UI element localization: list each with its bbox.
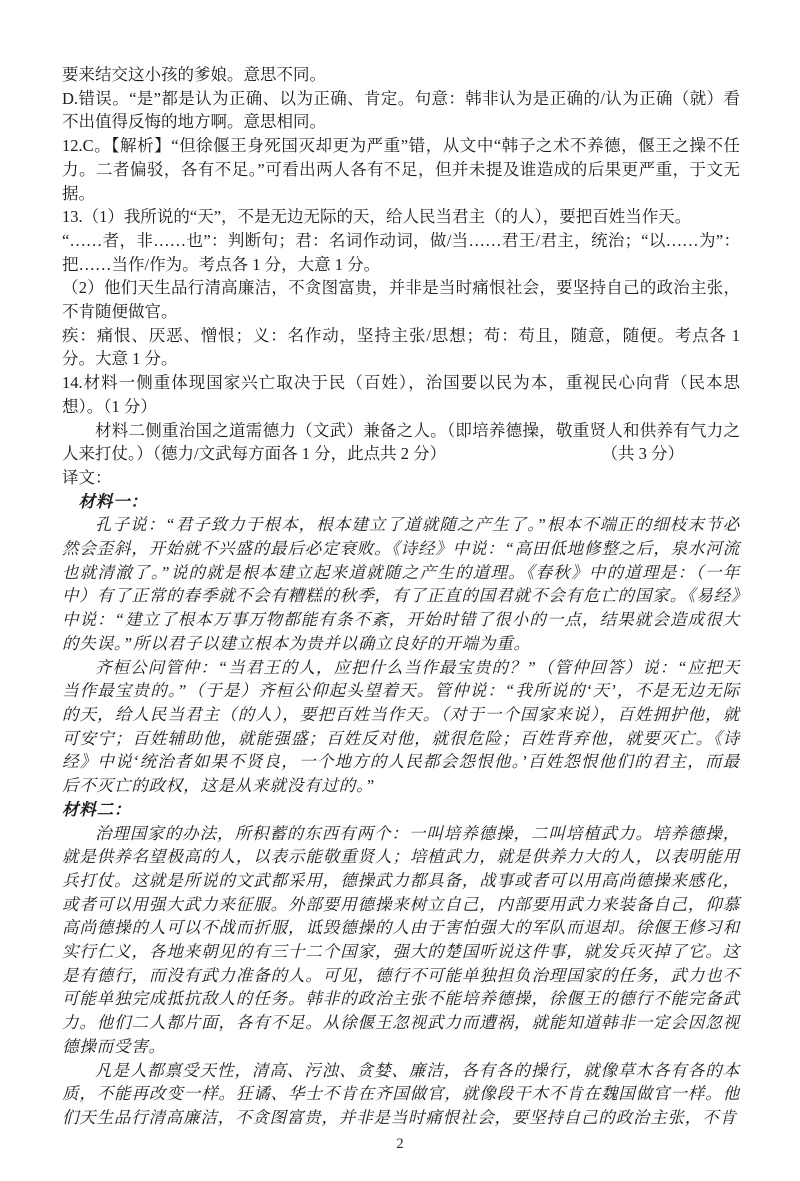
answer-paragraph: 要来结交这小孩的爹娘。意思不同。 xyxy=(62,63,740,87)
answer-paragraph: D.错误。“是”都是认为正确、以为正确、肯定。句意：韩非认为是正确的/认为正确（… xyxy=(62,87,740,134)
document-page: 要来结交这小孩的爹娘。意思不同。 D.错误。“是”都是认为正确、以为正确、肯定。… xyxy=(0,0,800,1181)
answer-paragraph: 13.（1）我所说的“天”，不是无边无际的天，给人民当君主（的人），要把百姓当作… xyxy=(62,205,740,229)
page-content: 要来结交这小孩的爹娘。意思不同。 D.错误。“是”都是认为正确、以为正确、肯定。… xyxy=(62,63,740,1130)
total-score-note: （共 3 分） xyxy=(569,442,685,466)
material-one-heading: 材料一： xyxy=(62,490,740,514)
answer-paragraph: 疾：痛恨、厌恶、憎恨；义：名作动，坚持主张/思想；苟：苟且，随意，随便。考点各 … xyxy=(62,324,740,371)
answer-section: 要来结交这小孩的爹娘。意思不同。 D.错误。“是”都是认为正确、以为正确、肯定。… xyxy=(62,63,740,466)
page-number: 2 xyxy=(0,1136,800,1153)
answer-paragraph: （2）他们天生品行清高廉洁，不贪图富贵，并非是当时痛恨社会，要坚持自己的政治主张… xyxy=(62,276,740,323)
answer-paragraph: 12.C。【解析】“但徐偃王身死国灭却更为严重”错，从文中“韩子之术不养德，偃王… xyxy=(62,134,740,205)
translation-paragraph: 齐桓公问管仲：“当君王的人，应把什么当作最宝贵的？”（管仲回答）说：“应把天当作… xyxy=(62,656,740,798)
translation-paragraph: 治理国家的办法，所积蓄的东西有两个：一叫培养德操，二叫培植武力。培养德操，就是供… xyxy=(62,822,740,1059)
material-two-heading: 材料二： xyxy=(62,798,740,822)
translation-label: 译文： xyxy=(62,466,740,490)
translation-paragraph: 凡是人都禀受天性，清高、污浊、贪婪、廉洁，各有各的操行，就像草木各有各的本质，不… xyxy=(62,1059,740,1130)
translation-paragraph: 孔子说：“君子致力于根本，根本建立了道就随之产生了。”根本不端正的细枝末节必然会… xyxy=(62,513,740,655)
answer-paragraph: 材料二侧重治国之道需德力（文武）兼备之人。（即培养德操，敬重贤人和供养有气力之人… xyxy=(62,419,740,466)
answer-paragraph: “……者，非……也”：判断句；君：名词作动词，做/当……君王/君主，统治；“以…… xyxy=(62,229,740,276)
answer-paragraph: 14.材料一侧重体现国家兴亡取决于民（百姓），治国要以民为本，重视民心向背（民本… xyxy=(62,371,740,418)
translation-section: 译文： 材料一： 孔子说：“君子致力于根本，根本建立了道就随之产生了。”根本不端… xyxy=(62,466,740,1130)
